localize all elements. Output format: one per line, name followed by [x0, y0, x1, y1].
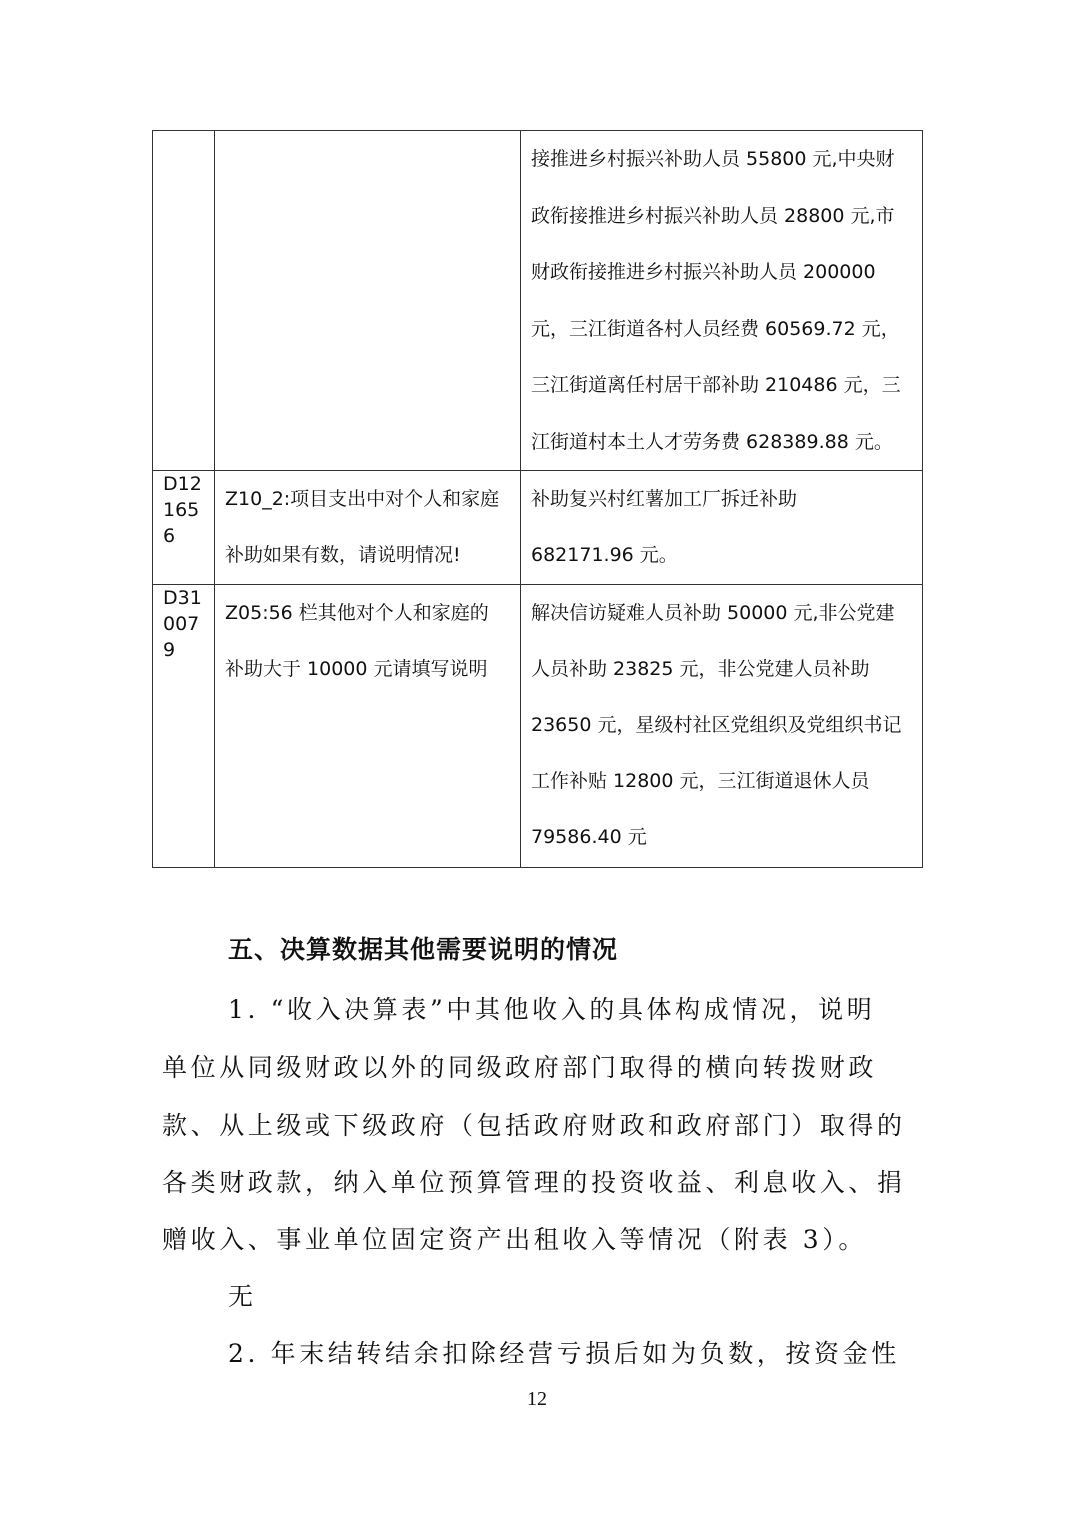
code-text: 007: [163, 611, 214, 637]
explanation-cell: 补助复兴村红薯加工厂拆迁补助 682171.96 元。: [521, 471, 923, 585]
answer-text: 无: [228, 1277, 257, 1313]
paragraph-line: 单位从同级财政以外的同级政府部门取得的横向转拨财政: [162, 1048, 877, 1084]
rule-cell: Z05:56 栏其他对个人和家庭的 补助大于 10000 元请填写说明: [215, 585, 521, 868]
rule-line: 补助如果有数，请说明情况!: [225, 527, 514, 583]
code-text: 6: [163, 523, 214, 549]
explanation-line: 23650 元，星级村社区党组织及党组织书记: [531, 697, 916, 753]
code-text: D31: [163, 585, 214, 611]
explanation-line: 政衔接推进乡村振兴补助人员 28800 元,市: [531, 188, 916, 245]
code-text: 9: [163, 637, 214, 663]
table-row: D31 007 9 Z05:56 栏其他对个人和家庭的 补助大于 10000 元…: [153, 585, 923, 868]
explanation-cell: 接推进乡村振兴补助人员 55800 元,中央财 政衔接推进乡村振兴补助人员 28…: [521, 131, 923, 471]
rule-cell: [215, 131, 521, 471]
explanation-line: 79586.40 元: [531, 809, 916, 865]
document-page: 接推进乡村振兴补助人员 55800 元,中央财 政衔接推进乡村振兴补助人员 28…: [0, 0, 1074, 1520]
code-cell: D12 165 6: [153, 471, 215, 585]
code-text: D12: [163, 471, 214, 497]
rule-cell: Z10_2:项目支出中对个人和家庭 补助如果有数，请说明情况!: [215, 471, 521, 585]
code-cell: [153, 131, 215, 471]
paragraph-line: 款、从上级或下级政府（包括政府财政和政府部门）取得的: [162, 1106, 906, 1142]
paragraph-line: 1. “收入决算表”中其他收入的具体构成情况，说明: [228, 990, 875, 1026]
explanation-line: 江街道村本土人才劳务费 628389.88 元。: [531, 414, 916, 471]
rule-line: Z10_2:项目支出中对个人和家庭: [225, 471, 514, 527]
paragraph-line: 各类财政款，纳入单位预算管理的投资收益、利息收入、捐: [162, 1163, 906, 1199]
section-heading: 五、决算数据其他需要说明的情况: [228, 930, 618, 966]
explanation-line: 682171.96 元。: [531, 527, 916, 583]
explanation-table: 接推进乡村振兴补助人员 55800 元,中央财 政衔接推进乡村振兴补助人员 28…: [152, 130, 923, 868]
page-number: 12: [0, 1388, 1074, 1411]
explanation-line: 接推进乡村振兴补助人员 55800 元,中央财: [531, 131, 916, 188]
code-text: 165: [163, 497, 214, 523]
paragraph-line: 赠收入、事业单位固定资产出租收入等情况（附表 3）。: [162, 1220, 867, 1256]
table-row: D12 165 6 Z10_2:项目支出中对个人和家庭 补助如果有数，请说明情况…: [153, 471, 923, 585]
table-row: 接推进乡村振兴补助人员 55800 元,中央财 政衔接推进乡村振兴补助人员 28…: [153, 131, 923, 471]
explanation-line: 三江街道离任村居干部补助 210486 元，三: [531, 357, 916, 414]
explanation-line: 元，三江街道各村人员经费 60569.72 元，: [531, 301, 916, 358]
explanation-line: 工作补贴 12800 元，三江街道退休人员: [531, 753, 916, 809]
rule-line: Z05:56 栏其他对个人和家庭的: [225, 585, 514, 641]
code-cell: D31 007 9: [153, 585, 215, 868]
paragraph-line: 2. 年末结转结余扣除经营亏损后如为负数，按资金性: [228, 1334, 900, 1370]
explanation-line: 解决信访疑难人员补助 50000 元,非公党建: [531, 585, 916, 641]
explanation-line: 人员补助 23825 元，非公党建人员补助: [531, 641, 916, 697]
rule-line: 补助大于 10000 元请填写说明: [225, 641, 514, 697]
explanation-line: 补助复兴村红薯加工厂拆迁补助: [531, 471, 916, 527]
explanation-line: 财政衔接推进乡村振兴补助人员 200000: [531, 244, 916, 301]
explanation-cell: 解决信访疑难人员补助 50000 元,非公党建 人员补助 23825 元，非公党…: [521, 585, 923, 868]
